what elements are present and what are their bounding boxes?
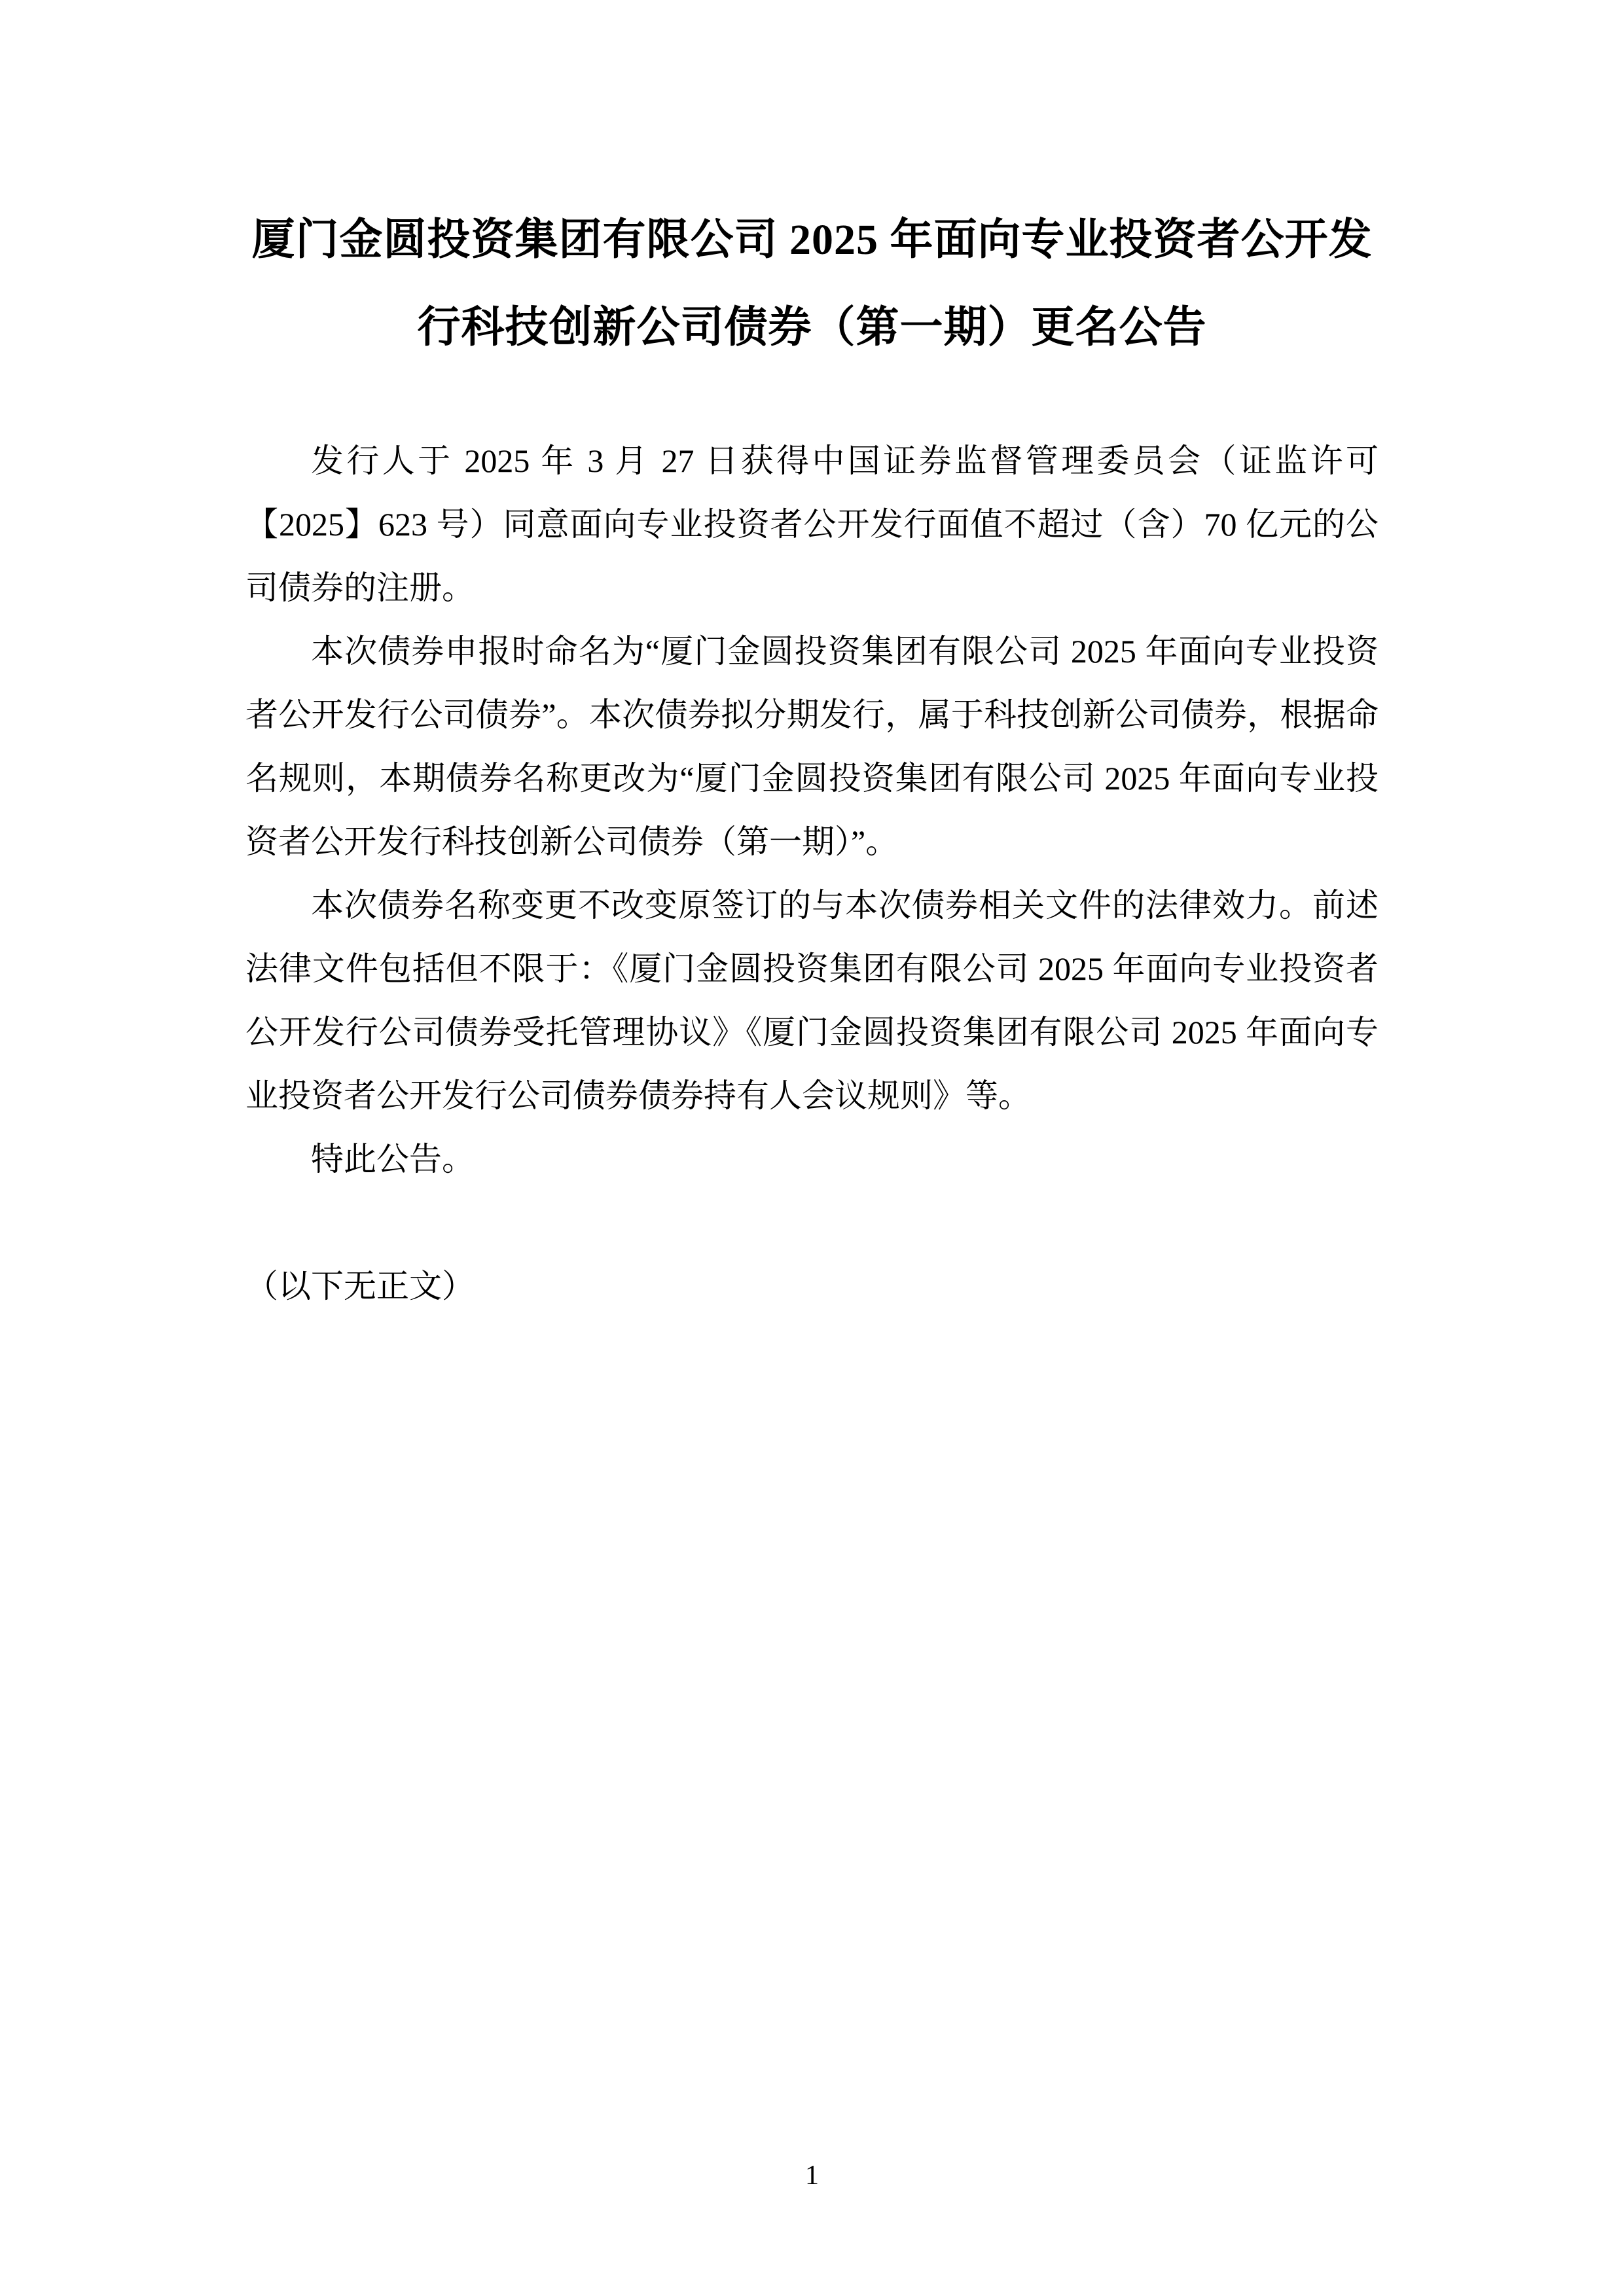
title-line-2: 行科技创新公司债券（第一期）更名公告	[245, 284, 1379, 372]
page-number: 1	[0, 2160, 1624, 2191]
document-page: 厦门金圆投资集团有限公司 2025 年面向专业投资者公开发 行科技创新公司债券（…	[0, 0, 1624, 2296]
paragraph-bond-renaming: 本次债券申报时命名为“厦门金圆投资集团有限公司 2025 年面向专业投资者公开发…	[245, 620, 1379, 874]
document-content: 厦门金圆投资集团有限公司 2025 年面向专业投资者公开发 行科技创新公司债券（…	[245, 0, 1379, 1318]
document-title: 厦门金圆投资集团有限公司 2025 年面向专业投资者公开发 行科技创新公司债券（…	[245, 196, 1379, 372]
paragraph-hereby-announced: 特此公告。	[245, 1128, 1379, 1191]
paragraph-registration-approval: 发行人于 2025 年 3 月 27 日获得中国证券监督管理委员会（证监许可【2…	[245, 429, 1379, 620]
closing-note: （以下无正文）	[245, 1255, 1379, 1318]
document-body: 发行人于 2025 年 3 月 27 日获得中国证券监督管理委员会（证监许可【2…	[245, 429, 1379, 1318]
paragraph-legal-effect: 本次债券名称变更不改变原签订的与本次债券相关文件的法律效力。前述法律文件包括但不…	[245, 874, 1379, 1128]
title-line-1: 厦门金圆投资集团有限公司 2025 年面向专业投资者公开发	[245, 196, 1379, 284]
